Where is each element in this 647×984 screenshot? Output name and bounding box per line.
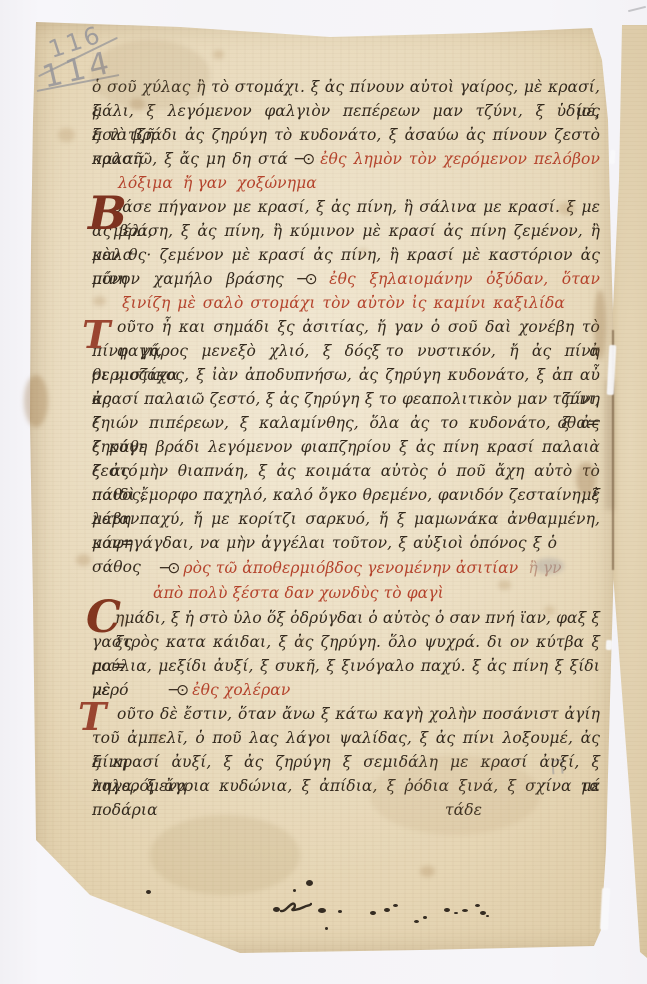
ink-blot bbox=[384, 908, 390, 912]
ink-blot bbox=[414, 920, 419, 923]
ink-blot bbox=[318, 908, 326, 913]
rubric-text: ἐθς ξηλαιομάνην ὀξύδαν, ὅταν bbox=[316, 270, 600, 288]
manuscript-line: ─⊙ ρὸς τῶ ἀποθερμιόβδος γενομένην ἀσιτία… bbox=[160, 556, 562, 580]
paraph-mark-icon: ─⊙ bbox=[297, 270, 315, 288]
gutter-shadow bbox=[605, 380, 615, 510]
ink-blot bbox=[423, 916, 427, 919]
ink-text: μόνον χαμήλο βράσης bbox=[92, 270, 297, 288]
stain bbox=[90, 40, 210, 110]
ink-blot bbox=[338, 910, 342, 913]
ink-blot bbox=[325, 927, 328, 930]
rubric-text: ἐθς λημὸν τὸν χερόμενον πελόβον bbox=[313, 150, 600, 168]
stain bbox=[498, 580, 511, 590]
binding-thread bbox=[610, 150, 616, 164]
ink-text: οῦτο δὲ ἔστιν, ὅταν ἄνω ξ κάτω καγὴ χολὴ… bbox=[117, 705, 600, 723]
ink-blot bbox=[146, 890, 151, 894]
stain bbox=[534, 558, 564, 574]
rubric-text: ἐθς χολέραν bbox=[187, 681, 290, 699]
stain bbox=[544, 606, 555, 615]
stain bbox=[594, 290, 606, 360]
stain bbox=[298, 638, 307, 646]
ink-blot bbox=[306, 880, 313, 886]
ink-blot bbox=[273, 907, 280, 912]
stain bbox=[576, 462, 596, 496]
manuscript-line: ἀπὸ πολὺ ξέστα δαν χωνδὺς τὸ φαγὶ bbox=[153, 581, 444, 605]
ink-blot bbox=[393, 904, 398, 907]
rubric-initial: Τ bbox=[78, 698, 106, 736]
manuscript-line: ξινίζη μὲ σαλὸ στομάχι τὸν αὐτὸν ἰς καμί… bbox=[122, 291, 565, 315]
ink-squiggle bbox=[280, 897, 312, 917]
rubric-text: ἀπὸ πολὺ ξέστα δαν χωνδὺς τὸ φαγὶ bbox=[153, 584, 444, 602]
ink-blot bbox=[486, 915, 489, 917]
stain bbox=[358, 248, 368, 256]
stain bbox=[76, 554, 91, 566]
paraph-mark-icon: ─⊙ bbox=[169, 681, 187, 699]
scanned-manuscript: 116 114 Π ὁ σοῦ χύλας ἢ τὸ στομάχι. ξ ἀς… bbox=[0, 0, 647, 984]
ink-text: παλαιῶ, ξ ἄς μη δη στά bbox=[92, 150, 295, 168]
stain bbox=[93, 296, 106, 306]
binding-thread bbox=[600, 888, 610, 930]
ink-blot bbox=[370, 911, 376, 915]
ink-blot bbox=[454, 912, 458, 914]
stain bbox=[116, 616, 127, 625]
ink-blot bbox=[444, 908, 450, 912]
stain bbox=[420, 866, 435, 877]
rubric-initial: Β bbox=[88, 190, 127, 236]
stain bbox=[58, 128, 75, 142]
manuscript-line: μόνον χαμήλο βράσης ─⊙ ἐθς ξηλαιομάνην ὀ… bbox=[92, 267, 600, 291]
pencil-scribble bbox=[628, 6, 646, 12]
rubric-text: ρὸς τῶ ἀποθερμιόβδος γενομένην ἀσιτίαν bbox=[178, 559, 518, 577]
stain bbox=[558, 202, 575, 215]
ink-blot bbox=[475, 904, 480, 907]
rubric-text: ξινίζη μὲ σαλὸ στομάχι τὸν αὐτὸν ἰς καμί… bbox=[122, 294, 565, 312]
manuscript-line: λόξιμα ἤ γαν χοξώνημα bbox=[118, 171, 317, 195]
binding-thread bbox=[606, 640, 613, 650]
manuscript-line: οῦτο δὲ ἔστιν, ὅταν ἄνω ξ κάτω καγὴ χολὴ… bbox=[117, 702, 600, 726]
stain bbox=[150, 815, 300, 895]
manuscript-line: νερό ─⊙ ἐθς χολέραν bbox=[92, 678, 290, 702]
paraph-mark-icon: ─⊙ bbox=[295, 150, 313, 168]
ink-blot bbox=[480, 911, 486, 915]
rubric-text: λόξιμα ἤ γαν χοξώνημα bbox=[118, 174, 317, 192]
ink-blot bbox=[462, 909, 468, 912]
paraph-mark-icon: ─⊙ bbox=[160, 559, 178, 577]
stain bbox=[370, 755, 540, 835]
stain bbox=[150, 733, 163, 743]
ink-blot bbox=[293, 889, 296, 892]
stain bbox=[213, 50, 224, 59]
manuscript-line: παλαιῶ, ξ ἄς μη δη στά ─⊙ ἐθς λημὸν τὸν … bbox=[92, 147, 600, 171]
stain bbox=[24, 375, 48, 427]
rubric-initial: Τ bbox=[82, 316, 110, 354]
